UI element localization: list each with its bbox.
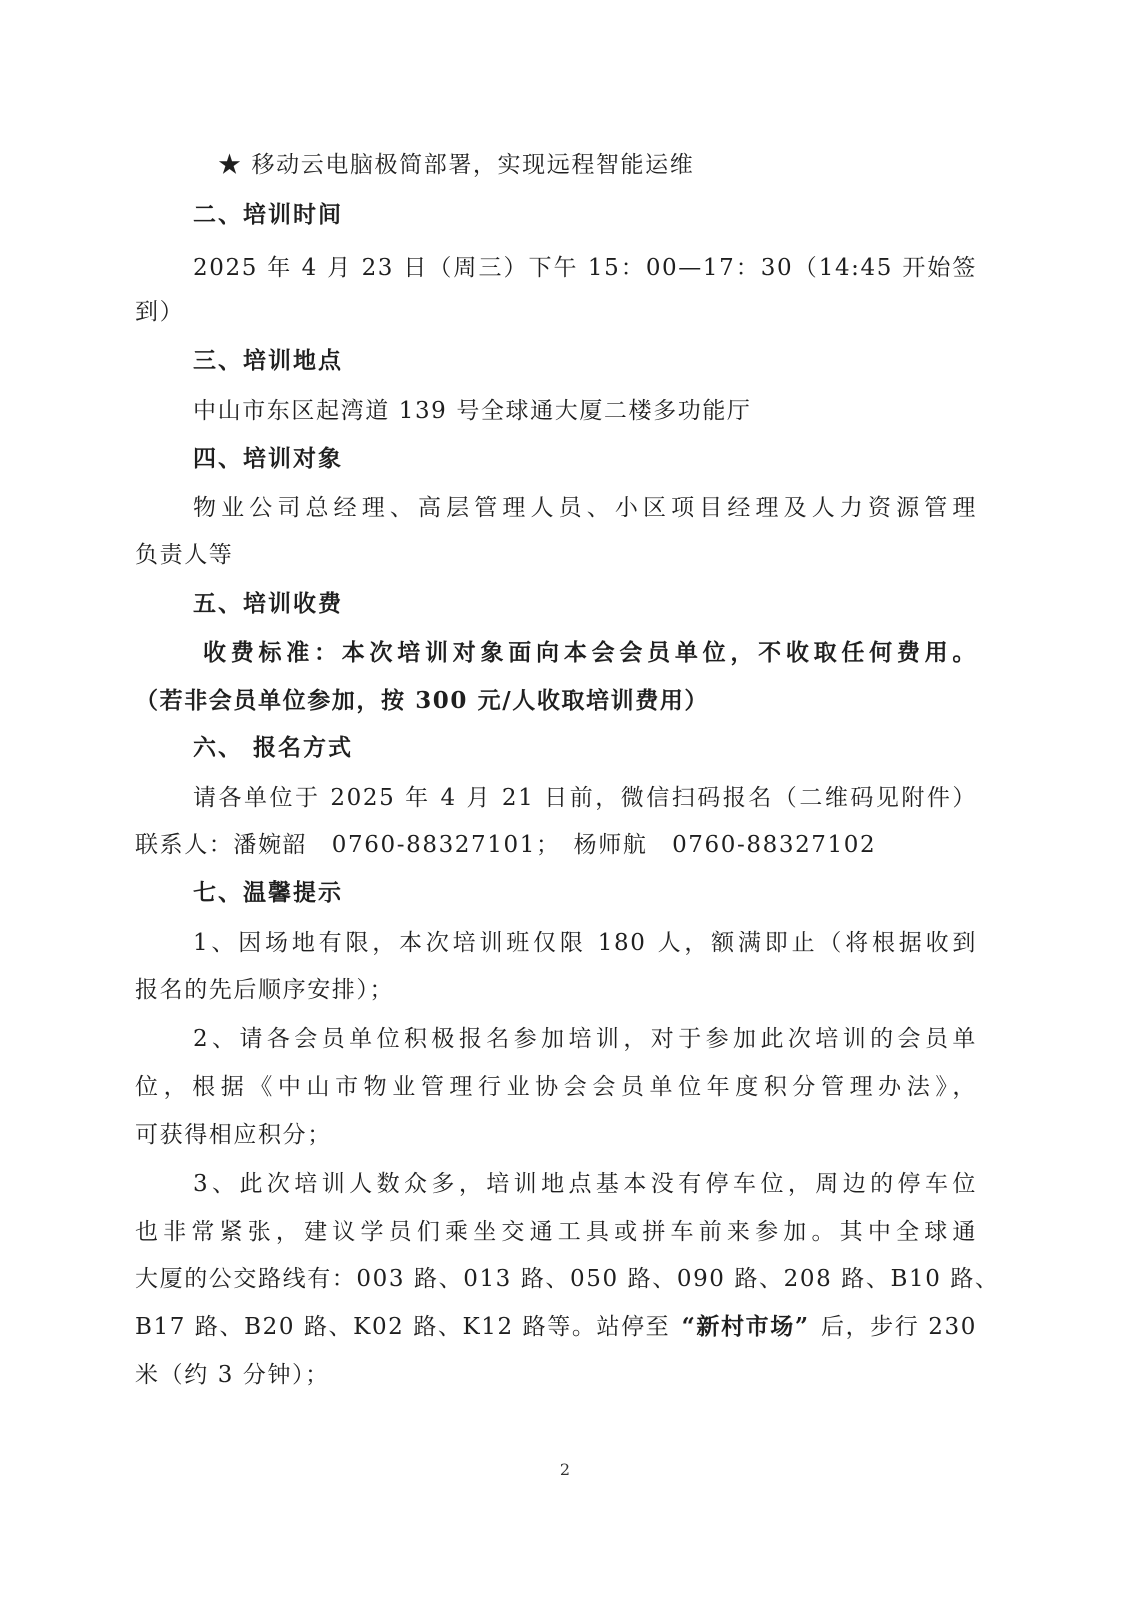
- contact-line: 联系人：潘婉韶 0760-88327101； 杨师航 0760-88327102: [135, 830, 977, 860]
- tip-3-line: 大厦的公交路线有：003 路、013 路、050 路、090 路、208 路、B…: [135, 1264, 977, 1294]
- page-number: 2: [0, 1460, 1130, 1479]
- section-text: 2025 年 4 月 23 日（周三）下午 15：00—17：30（14:45 …: [193, 253, 977, 283]
- tip-3-line: 3、此次培训人数众多，培训地点基本没有停车位，周边的停车位: [193, 1169, 977, 1199]
- section-heading-registration: 六、 报名方式: [193, 733, 977, 763]
- tip-3-line: 米（约 3 分钟）；: [135, 1360, 977, 1390]
- section-text: 到）: [135, 297, 977, 327]
- section-text: 请各单位于 2025 年 4 月 21 日前，微信扫码报名（二维码见附件）: [193, 783, 977, 813]
- tip-2-line: 位，根据《中山市物业管理行业协会会员单位年度积分管理办法》，: [135, 1072, 977, 1102]
- tip-2-line: 可获得相应积分；: [135, 1120, 977, 1150]
- section-heading-location: 三、培训地点: [193, 346, 977, 376]
- star-icon: ★: [218, 152, 243, 178]
- section-text: 负责人等: [135, 540, 977, 570]
- fee-standard-text: 收费标准：本次培训对象面向本会会员单位，不收取任何费用。: [203, 638, 977, 668]
- document-page: ★ 移动云电脑极简部署，实现远程智能运维 二、培训时间 2025 年 4 月 2…: [0, 0, 1130, 1600]
- tip-3-line: 也非常紧张，建议学员们乘坐交通工具或拼车前来参加。其中全球通: [135, 1217, 977, 1247]
- tip-2-line: 2、请各会员单位积极报名参加培训，对于参加此次培训的会员单: [193, 1024, 977, 1054]
- section-text: 物业公司总经理、高层管理人员、小区项目经理及人力资源管理: [193, 493, 977, 523]
- bus-stop-name: “新村市场”: [682, 1312, 810, 1342]
- section-heading-tips: 七、温馨提示: [193, 878, 977, 908]
- fee-nonmember-text: （若非会员单位参加，按 300 元/人收取培训费用）: [135, 686, 977, 716]
- bullet-text: 移动云电脑极简部署，实现远程智能运维: [252, 152, 695, 178]
- tip-3-line: B17 路、B20 路、K02 路、K12 路等。站停至 “新村市场” 后，步行…: [135, 1312, 977, 1342]
- section-heading-audience: 四、培训对象: [193, 444, 977, 474]
- bus-routes-text: B17 路、B20 路、K02 路、K12 路等。站停至: [135, 1312, 670, 1342]
- section-heading-fees: 五、培训收费: [193, 589, 977, 619]
- section-text: 中山市东区起湾道 139 号全球通大厦二楼多功能厅: [193, 396, 977, 426]
- tip-1-line: 报名的先后顺序安排）；: [135, 975, 977, 1005]
- section-heading-time: 二、培训时间: [193, 200, 977, 230]
- tip-1-line: 1、因场地有限，本次培训班仅限 180 人，额满即止（将根据收到: [193, 928, 977, 958]
- bullet-line: ★ 移动云电脑极简部署，实现远程智能运维: [218, 150, 1060, 180]
- walk-distance-text: 后，步行 230: [821, 1312, 977, 1342]
